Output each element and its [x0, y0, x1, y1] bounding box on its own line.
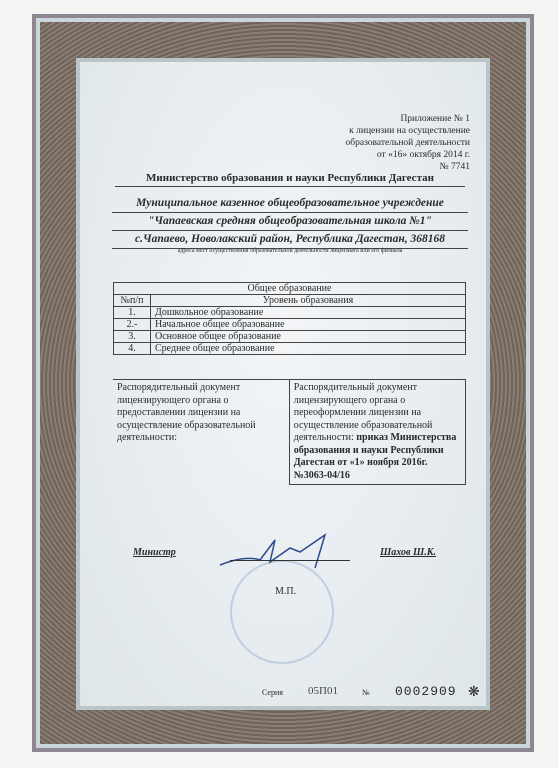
organization-block: Муниципальное казенное общеобразовательн…	[112, 195, 468, 249]
table-row: 3.Основное общее образование	[114, 331, 466, 343]
education-levels-table: Общее образование №п/п Уровень образован…	[113, 282, 466, 355]
signer-position: Министр	[133, 547, 176, 558]
row-level: Дошкольное образование	[151, 307, 466, 319]
row-level: Среднее общее образование	[151, 343, 466, 355]
series-label: Серия	[262, 688, 283, 697]
administrative-documents-table: Распорядительный документ лицензирующего…	[113, 379, 466, 485]
row-num: 3.	[114, 331, 151, 343]
table-row: 2.-Начальное общее образование	[114, 319, 466, 331]
reissue-document-cell: Распорядительный документ лицензирующего…	[289, 380, 465, 485]
appendix-title: Приложение № 1	[346, 113, 470, 125]
appendix-date: от «16» октября 2014 г.	[346, 149, 470, 161]
row-num: 4.	[114, 343, 151, 355]
table-row: 1.Дошкольное образование	[114, 307, 466, 319]
official-stamp	[230, 560, 334, 664]
organization-type: Муниципальное казенное общеобразовательн…	[112, 195, 468, 213]
row-level: Начальное общее образование	[151, 319, 466, 331]
series-value: 05П01	[308, 685, 338, 697]
form-number: 0002909	[395, 684, 457, 699]
ministry-name: Министерство образования и науки Республ…	[115, 172, 465, 187]
table-row: 4.Среднее общее образование	[114, 343, 466, 355]
appendix-line: образовательной деятельности	[346, 137, 470, 149]
row-num: 2.-	[114, 319, 151, 331]
row-num: 1.	[114, 307, 151, 319]
signature-line	[230, 560, 350, 561]
row-level: Основное общее образование	[151, 331, 466, 343]
appendix-line: к лицензии на осуществление	[346, 125, 470, 137]
table-title: Общее образование	[114, 283, 466, 295]
seal-label: М.П.	[275, 586, 296, 597]
header-num: №п/п	[114, 295, 151, 307]
number-label: №	[362, 688, 370, 697]
appendix-header: Приложение № 1 к лицензии на осуществлен…	[346, 113, 470, 173]
organization-name: "Чапаевская средняя общеобразовательная …	[112, 213, 468, 231]
organization-address: с.Чапаево, Новолакский район, Республика…	[112, 231, 468, 249]
asterisk-mark-icon: ❋	[468, 684, 480, 701]
signer-name: Шахов Ш.К.	[380, 547, 436, 558]
signature-scribble	[215, 530, 335, 575]
address-caption: адреса мест осуществления образовательно…	[112, 248, 468, 254]
grant-document-cell: Распорядительный документ лицензирующего…	[113, 380, 289, 485]
header-level: Уровень образования	[151, 295, 466, 307]
